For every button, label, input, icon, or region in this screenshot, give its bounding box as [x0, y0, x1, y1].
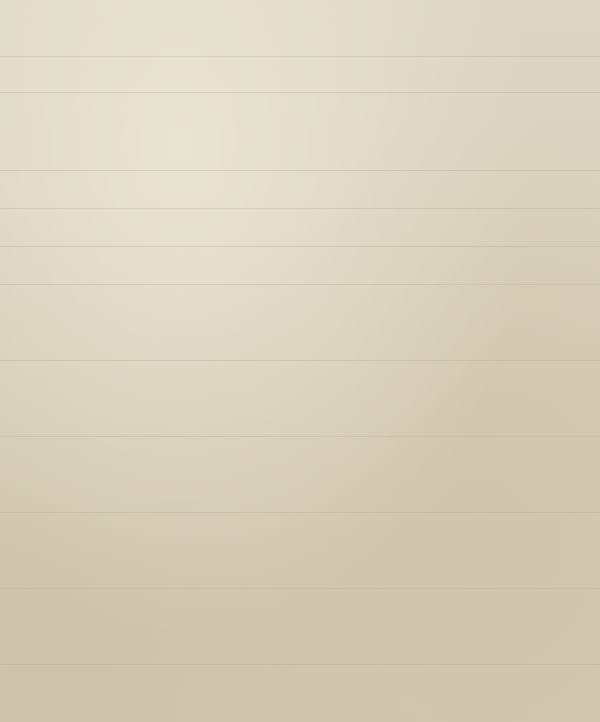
paper-ruling — [0, 208, 600, 209]
paper-ruling — [0, 436, 600, 437]
paper-ruling — [0, 664, 600, 665]
paper-ruling — [0, 284, 600, 285]
paper-ruling — [0, 360, 600, 361]
paper-ruling — [0, 56, 600, 57]
paper-ruling — [0, 588, 600, 589]
paper-ruling — [0, 92, 600, 93]
manuscript-page — [0, 0, 600, 722]
paper-ruling — [0, 170, 600, 171]
paper-ruling — [0, 512, 600, 513]
paper-ruling — [0, 246, 600, 247]
